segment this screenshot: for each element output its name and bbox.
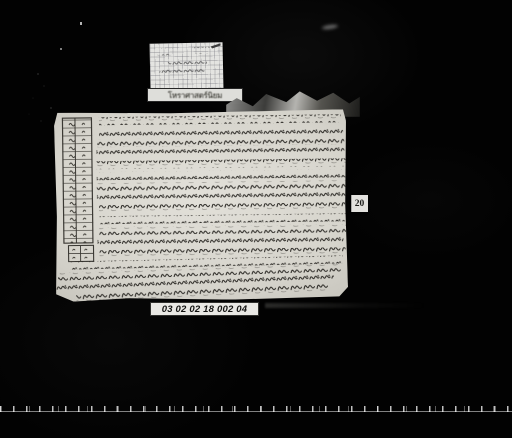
- title-label-strip: โหราศาสตร์นิยม: [147, 88, 243, 102]
- side-number-table: [62, 117, 94, 261]
- handwritten-lines: [54, 114, 347, 302]
- title-label-text: โหราศาสตร์นิยม: [168, 89, 222, 101]
- film-edge-ruler: [0, 406, 512, 412]
- annotation-card: [150, 42, 224, 90]
- page-number-badge: 20: [351, 195, 368, 212]
- page-number-text: 20: [355, 199, 365, 209]
- document-id-text: 03 02 02 18 002 04: [162, 304, 247, 315]
- document-id-label: 03 02 02 18 002 04: [150, 302, 259, 316]
- platen-shadow-streak: [265, 303, 425, 308]
- film-scratch-speckles: [60, 48, 62, 50]
- manuscript-page: [54, 109, 348, 302]
- film-smudge: [322, 24, 338, 30]
- handwritten-script: [54, 109, 348, 302]
- pencil-notes: [150, 42, 224, 90]
- microfilm-frame: โหราศาสตร์นิยม: [0, 0, 512, 438]
- film-dust-dot: [80, 22, 82, 25]
